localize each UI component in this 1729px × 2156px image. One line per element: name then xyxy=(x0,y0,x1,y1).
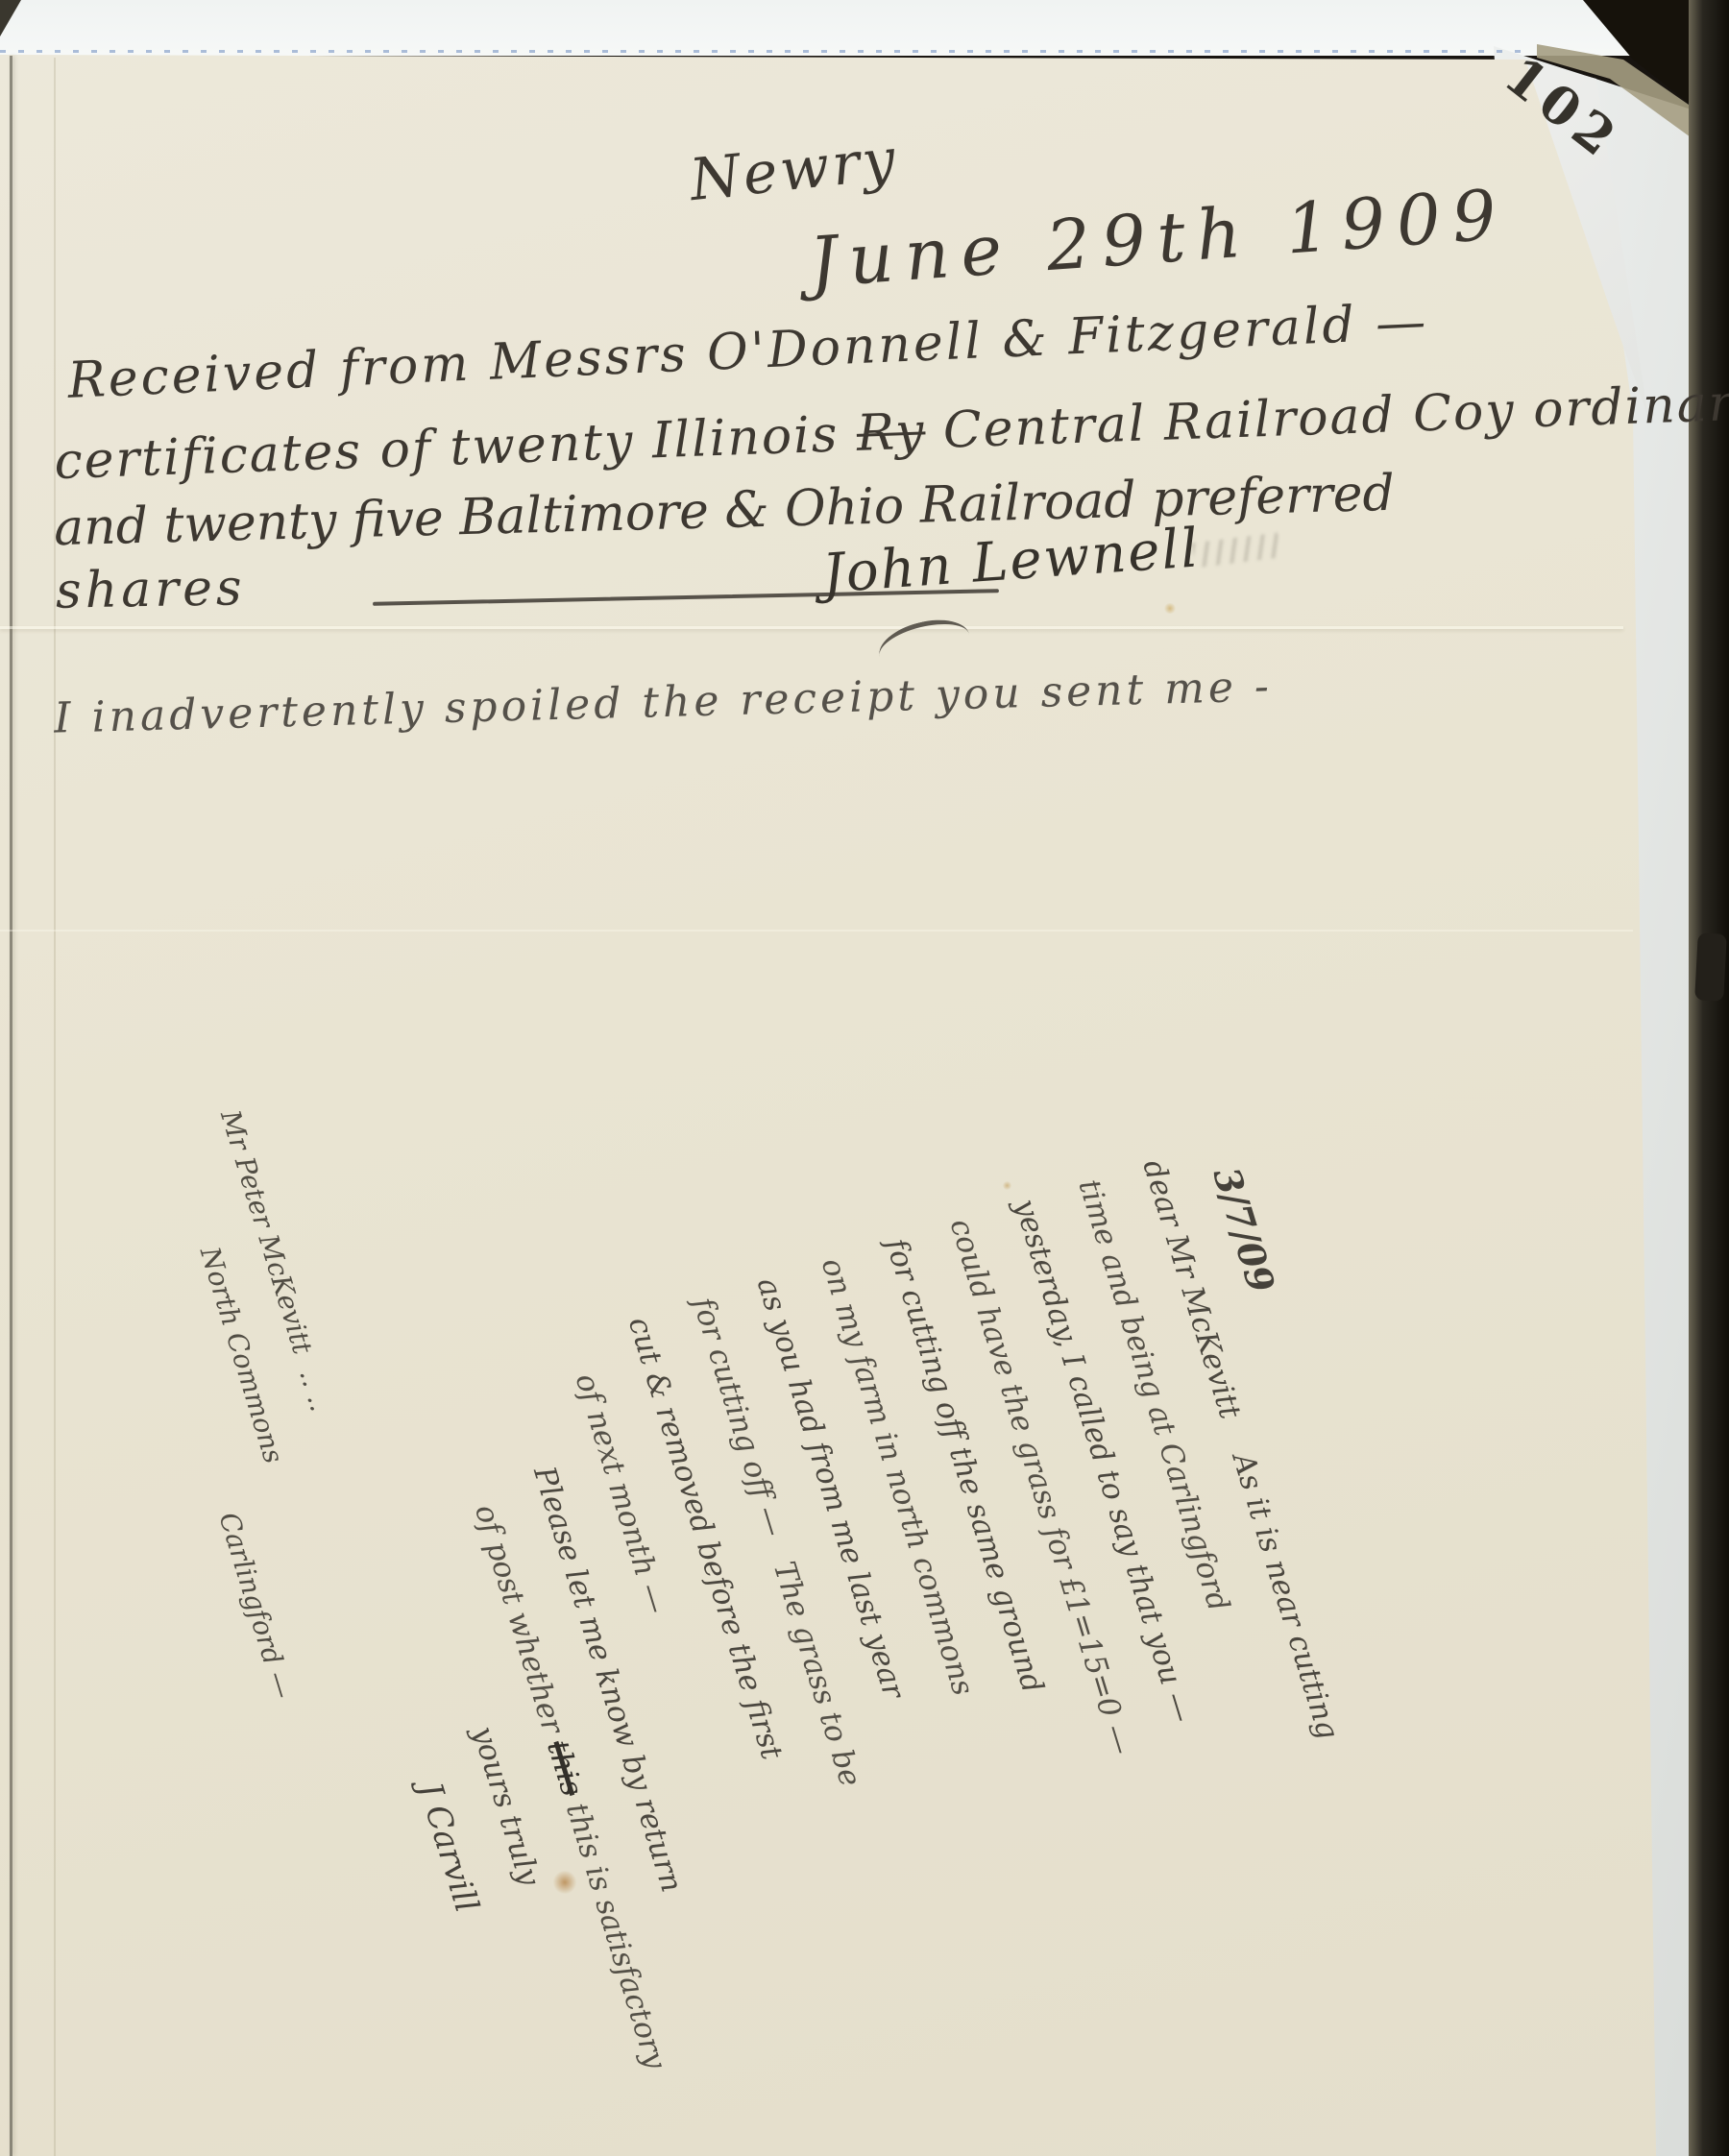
binding-clip xyxy=(1694,933,1727,1001)
book-binding-edge xyxy=(1689,0,1729,2156)
receipt-struck-word: Ry xyxy=(856,402,927,462)
paper-speck xyxy=(1003,1181,1011,1190)
ditto-marks: .. .. xyxy=(293,1365,336,1415)
paper-speck xyxy=(1164,603,1176,614)
blue-dotted-edge-top xyxy=(0,50,1522,53)
horizontal-crease-upper xyxy=(0,626,1623,629)
letter-struck-word: this xyxy=(540,1736,589,1800)
backing-page-edge-top xyxy=(0,0,1729,56)
page-gutter-line xyxy=(10,56,12,2156)
receipt-line-4: shares xyxy=(55,559,246,619)
horizontal-crease-lower xyxy=(0,930,1633,932)
photographed-ledger-page: 102 Newry June 29th 1909 Received from M… xyxy=(0,0,1729,2156)
vertical-crease xyxy=(54,58,56,2156)
